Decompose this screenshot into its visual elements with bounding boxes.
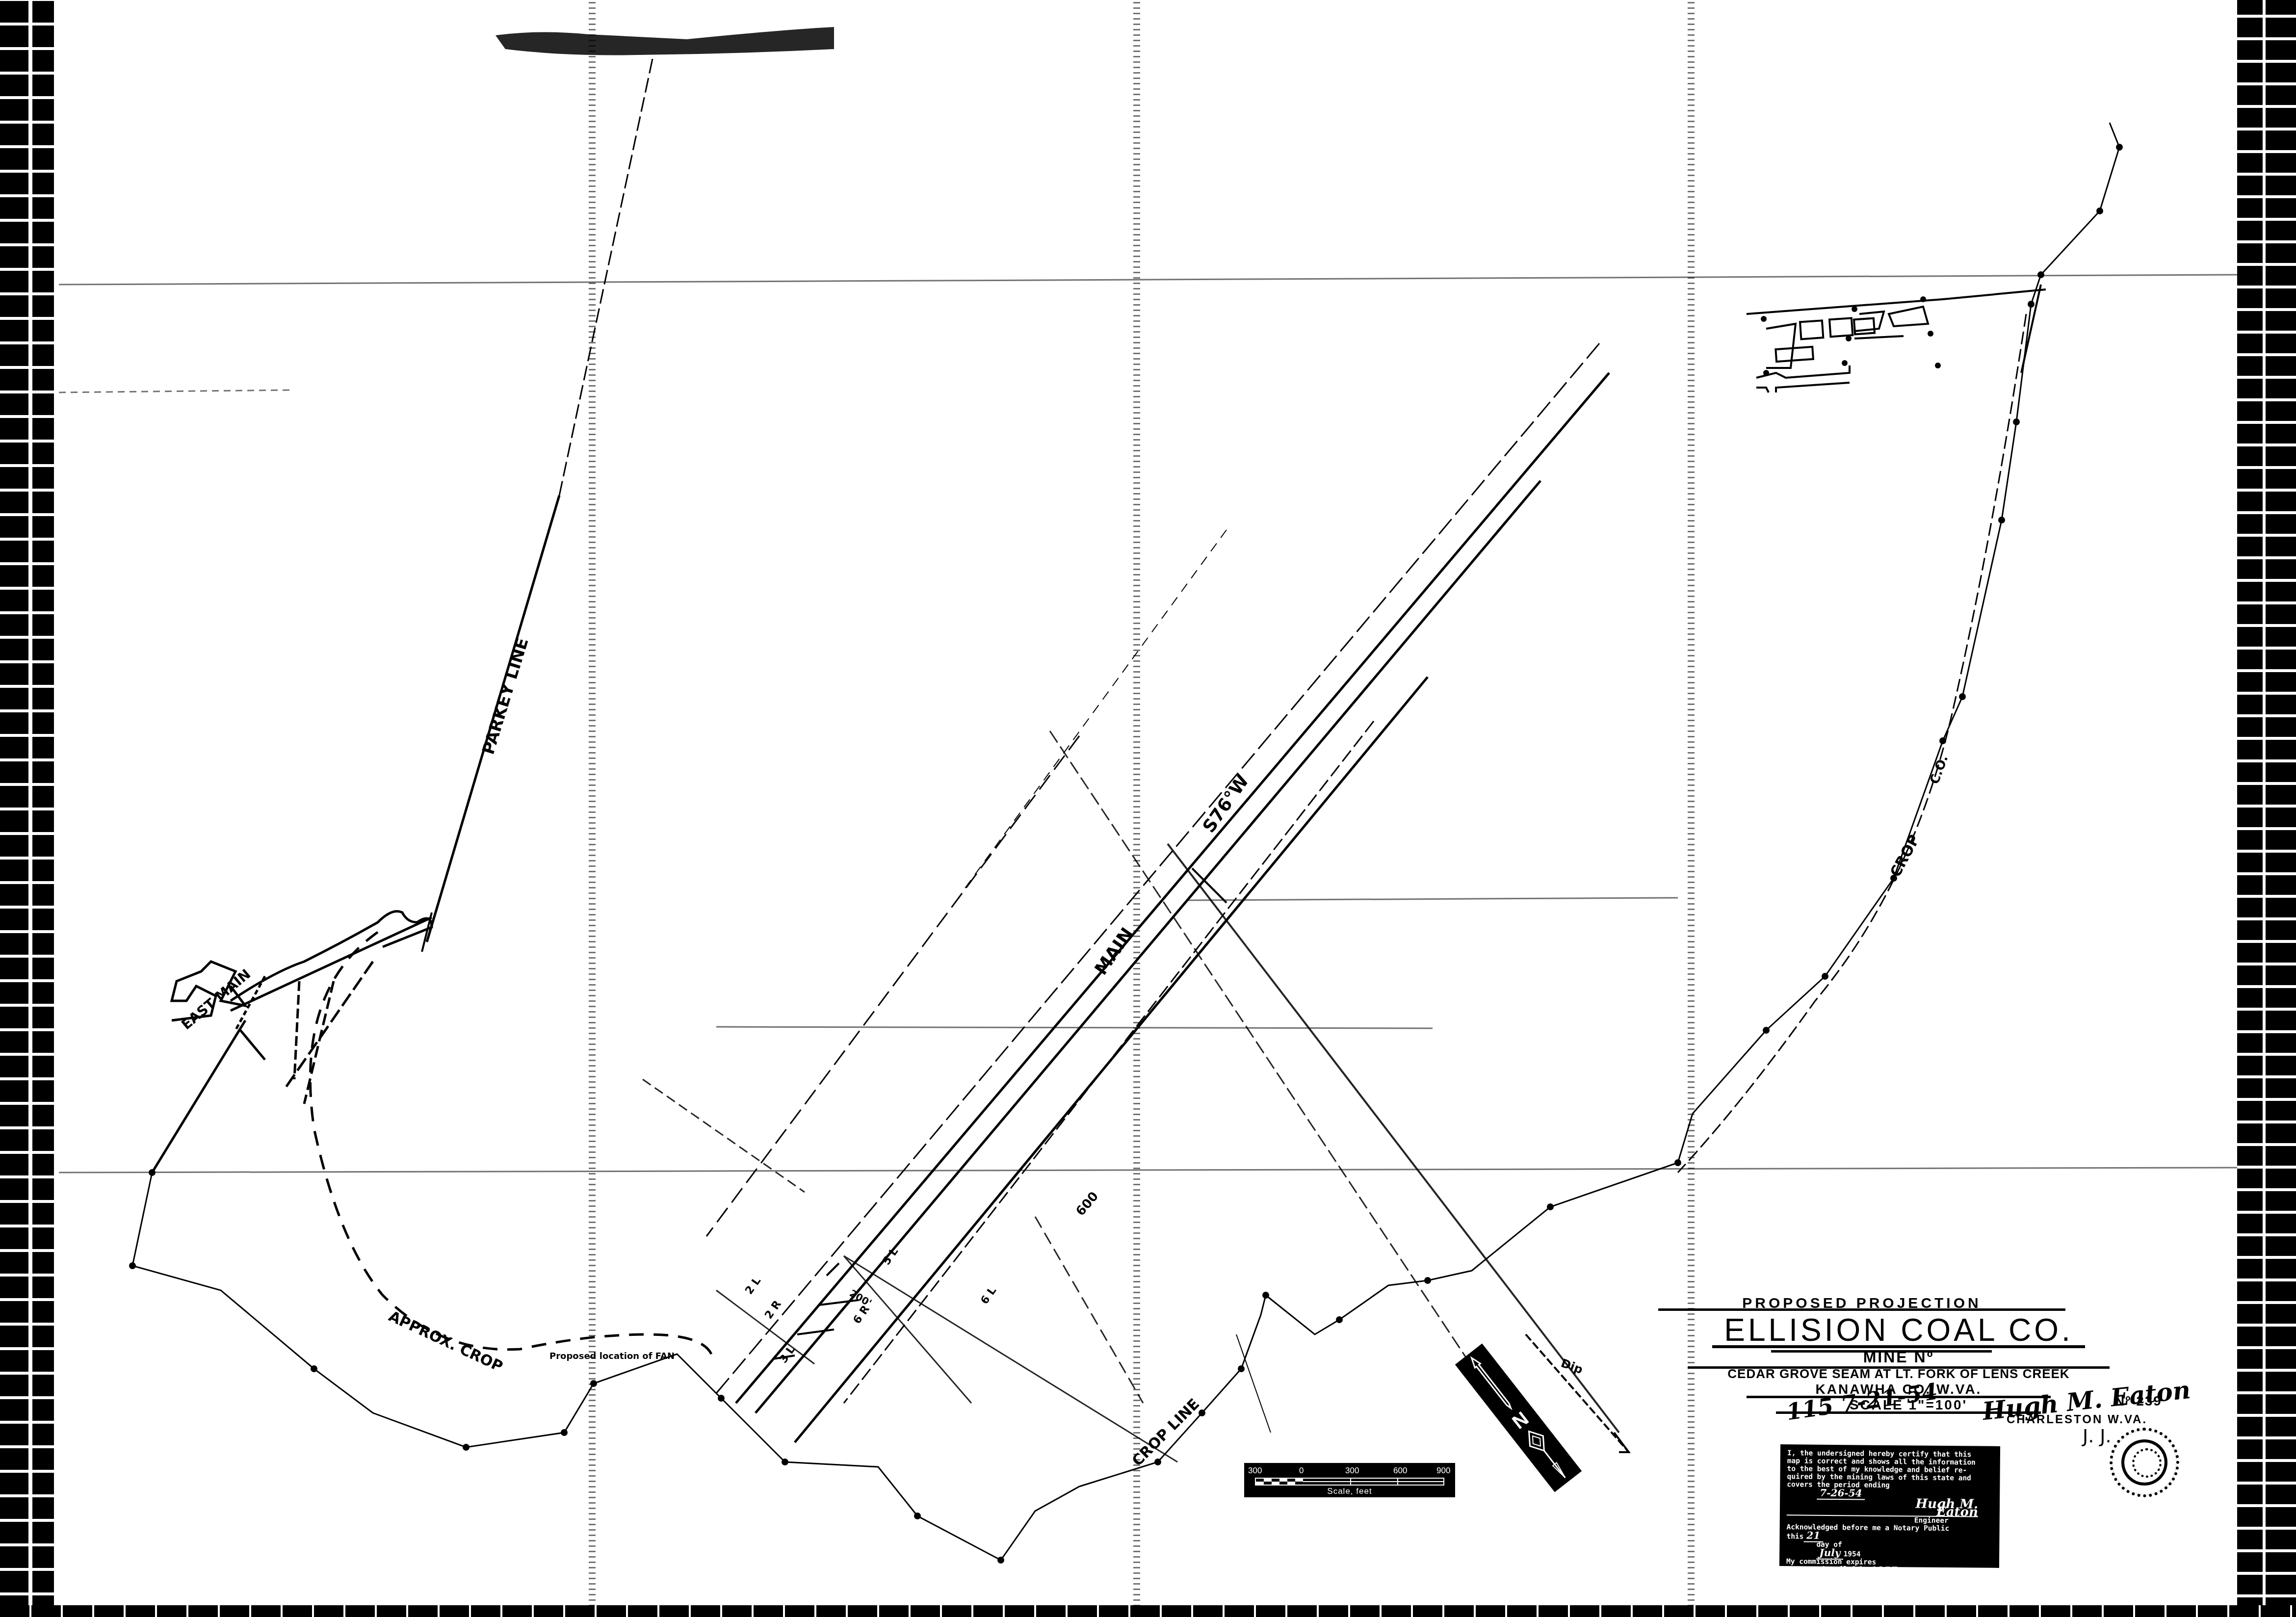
seam-location: CEDAR GROVE SEAM AT LT. FORK OF LENS CRE…	[1688, 1366, 2110, 1382]
initials: J. J.	[2083, 1425, 2112, 1447]
approx-crop-line	[310, 932, 711, 1354]
map-sheet: PARKEY LINE MAIN S76°W EAST MAIN APPROX.…	[0, 0, 2296, 1617]
scale-tick: 900	[1436, 1466, 1450, 1476]
scan-edge-left	[0, 0, 54, 1617]
scale-tick: 600	[1393, 1466, 1407, 1476]
label-entry: 3 L	[777, 1344, 798, 1366]
label-entry: 2 L	[743, 1275, 763, 1297]
label-600: 600	[1073, 1189, 1101, 1219]
title-heading: PROPOSED PROJECTION	[1658, 1295, 2065, 1312]
scale-tick: 0	[1299, 1466, 1304, 1476]
mine-number: MINE Nº	[1712, 1348, 2085, 1366]
certification-box: I, the undersigned hereby certify that t…	[1779, 1444, 2000, 1568]
old-workings	[1747, 285, 2046, 392]
label-dip: Dip	[1559, 1356, 1585, 1377]
scan-edge-bottom	[0, 1605, 2296, 1617]
engineer-location: CHARLESTON W.VA.	[2007, 1413, 2147, 1427]
label-main: MAIN	[1091, 924, 1138, 979]
commission-date: April 11, 1957	[1816, 1564, 1901, 1577]
engineer-seal-icon	[2110, 1428, 2179, 1497]
property-line	[422, 59, 652, 952]
scale-tick: 300	[1345, 1466, 1359, 1476]
label-entry: 6 L	[978, 1285, 999, 1307]
cert-engineer-signature: Hugh M. Eaton	[1787, 1499, 1978, 1517]
scale-tick: 300	[1248, 1466, 1262, 1476]
label-crop-co: C.O.	[1927, 753, 1951, 786]
period-ending: 7-26-54	[1817, 1487, 1865, 1500]
label-crop-line: CROP LINE	[1129, 1395, 1203, 1469]
scale-label: Scale, feet	[1244, 1487, 1455, 1496]
ack-text: this	[1786, 1533, 1803, 1540]
company-name: ELLISION COAL CO.	[1712, 1312, 2085, 1348]
label-fan: Proposed location of FAN	[549, 1351, 675, 1361]
notary-signature: Nadine D. Thompson	[1786, 1576, 1977, 1594]
scale-bar: 300 0 300 600 900 Scale, feet	[1244, 1463, 1455, 1497]
label-approx-crop: APPROX. CROP	[386, 1308, 505, 1376]
label-crop-right: CROP	[1887, 832, 1923, 880]
ack-year: 1954	[1843, 1550, 1860, 1558]
north-label: N	[1508, 1408, 1533, 1433]
label-property-line: PARKEY LINE	[478, 635, 532, 756]
ink-smudge	[496, 27, 834, 55]
engineer-registration: Nº 239	[2114, 1393, 2162, 1409]
label-entry: 2 R	[762, 1298, 783, 1321]
scan-edge-right	[2237, 0, 2296, 1617]
drift-mouth	[152, 912, 432, 1173]
label-entry: 5 L	[880, 1246, 901, 1268]
notary-role: Notary Public	[1786, 1592, 1948, 1602]
